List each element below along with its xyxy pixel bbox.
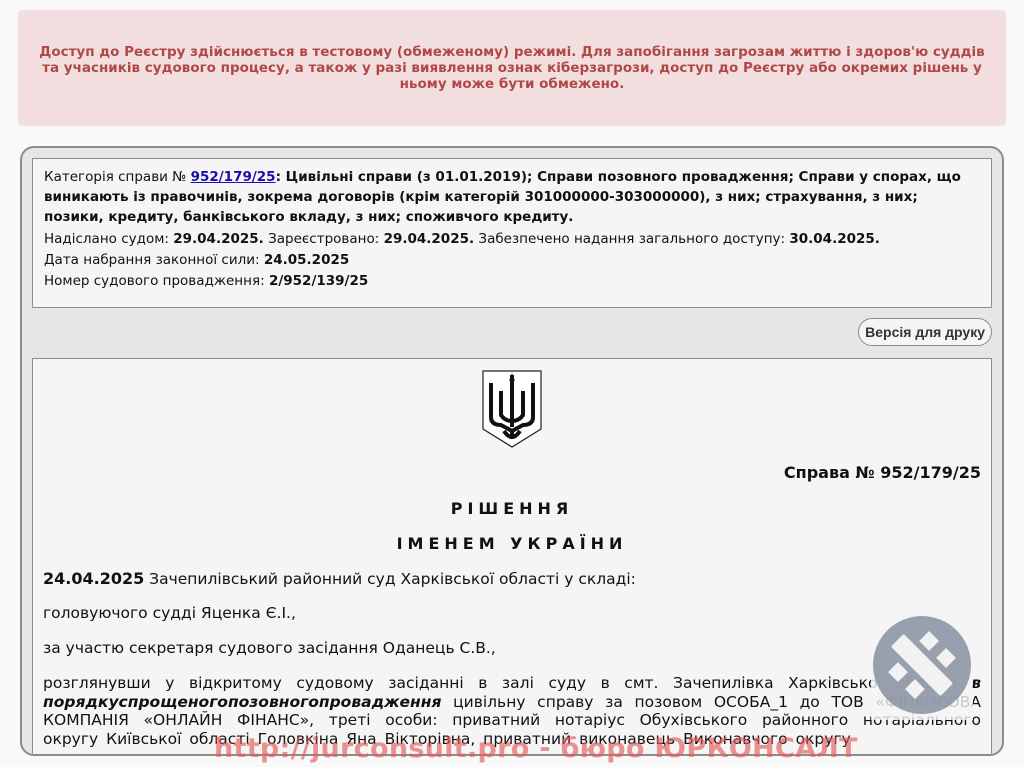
decision-subtitle: ІМЕНЕМ УКРАЇНИ: [33, 534, 991, 553]
effective-date-row: Дата набрання законної сили: 24.05.2025: [44, 250, 980, 271]
paragraph-secretary: за участю секретаря судового засідання О…: [43, 639, 981, 657]
sent-date: 29.04.2025.: [173, 231, 264, 247]
case-dates: Надіслано судом: 29.04.2025. Зареєстрова…: [44, 229, 980, 250]
case-category: Категорія справи № 952/179/25: Цивільні …: [44, 167, 980, 227]
proceeding-number: 2/952/139/25: [269, 273, 368, 289]
decision-title: РІШЕННЯ: [33, 499, 991, 518]
registered-date: 29.04.2025.: [384, 231, 475, 247]
case-number-link[interactable]: 952/179/25: [191, 169, 276, 185]
paragraph-judge: головуючого судді Яценка Є.І.,: [43, 604, 981, 622]
watermark-text: http://jurconsult.pro - бюро ЮРКОНСАЛТ: [214, 733, 858, 764]
satellite-logo-icon: [871, 614, 973, 720]
public-access-date: 30.04.2025.: [789, 231, 880, 247]
decision-container: Категорія справи № 952/179/25: Цивільні …: [20, 146, 1004, 756]
coat-of-arms-icon: [481, 369, 543, 449]
access-warning-banner: Доступ до Реєстру здійснюється в тестово…: [18, 10, 1006, 126]
access-warning-text: Доступ до Реєстру здійснюється в тестово…: [39, 44, 984, 92]
decision-document: Справа № 952/179/25 РІШЕННЯ ІМЕНЕМ УКРАЇ…: [32, 358, 992, 756]
decision-date: 24.04.2025: [43, 569, 144, 588]
effective-date: 24.05.2025: [264, 252, 349, 268]
proceeding-number-row: Номер судового провадження: 2/952/139/25: [44, 271, 980, 292]
case-number-heading: Справа № 952/179/25: [784, 463, 981, 482]
case-info-panel: Категорія справи № 952/179/25: Цивільні …: [32, 158, 992, 308]
print-version-button[interactable]: Версія для друку: [858, 318, 992, 346]
paragraph-court: 24.04.2025 Зачепилівський районний суд Х…: [43, 569, 981, 588]
